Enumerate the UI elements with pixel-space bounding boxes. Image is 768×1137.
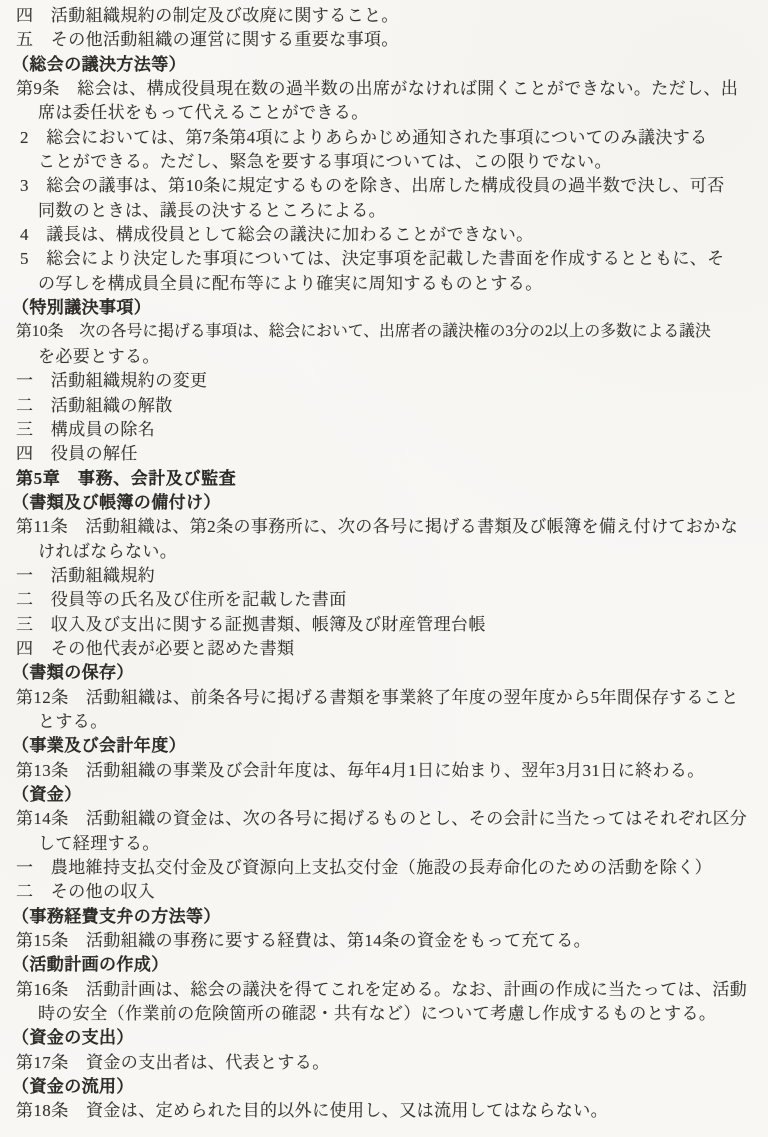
document-line: （書類の保存）	[0, 661, 768, 685]
document-line: 第12条 活動組織は、前条各号に掲げる書類を事業終了年度の翌年度から5年間保存す…	[0, 686, 768, 710]
document-line: 三 収入及び支出に関する証拠書類、帳簿及び財産管理台帳	[0, 613, 768, 637]
document-line: （資金）	[0, 783, 768, 807]
document-line: 第11条 活動組織は、第2条の事務所に、次の各号に掲げる書類及び帳簿を備え付けて…	[0, 515, 768, 539]
document-line: 一 活動組織規約の変更	[0, 369, 768, 393]
document-line: 4 議長は、構成役員として総会の議決に加わることができない。	[0, 223, 768, 247]
document-line: とする。	[0, 710, 768, 734]
document-line: 二 役員等の氏名及び住所を記載した書面	[0, 588, 768, 612]
document-line: 四 活動組織規約の制定及び改廃に関すること。	[0, 4, 768, 28]
document-line: （書類及び帳簿の備付け）	[0, 491, 768, 515]
document-line: （活動計画の作成）	[0, 953, 768, 977]
document-line: 第10条 次の各号に掲げる事項は、総会において、出席者の議決権の3分の2以上の多…	[0, 320, 768, 344]
document-line: 3 総会の議事は、第10条に規定するものを除き、出席した構成役員の過半数で決し、…	[0, 174, 768, 198]
document-line: 第17条 資金の支出者は、代表とする。	[0, 1051, 768, 1075]
document-line: の写しを構成員全員に配布等により確実に周知するものとする。	[0, 272, 768, 296]
document-line: 二 活動組織の解散	[0, 394, 768, 418]
document-line: 第13条 活動組織の事業及び会計年度は、毎年4月1日に始まり、翌年3月31日に終…	[0, 759, 768, 783]
document-line: 第9条 総会は、構成役員現在数の過半数の出席がなければ開くことができない。ただし…	[0, 77, 768, 101]
document-line: を必要とする。	[0, 345, 768, 369]
document-line: （事務経費支弁の方法等）	[0, 905, 768, 929]
document-line: （特別議決事項）	[0, 296, 768, 320]
document-line: 第14条 活動組織の資金は、次の各号に掲げるものとし、その会計に当たってはそれぞ…	[0, 807, 768, 831]
document-line: 同数のときは、議長の決するところによる。	[0, 199, 768, 223]
document-line: （事業及び会計年度）	[0, 734, 768, 758]
document-line: 一 活動組織規約	[0, 564, 768, 588]
document-body: 四 活動組織規約の制定及び改廃に関すること。五 その他活動組織の運営に関する重要…	[0, 4, 768, 1124]
document-line: （総会の議決方法等）	[0, 53, 768, 77]
document-line: ことができる。ただし、緊急を要する事項については、この限りでない。	[0, 150, 768, 174]
document-line: 五 その他活動組織の運営に関する重要な事項。	[0, 28, 768, 52]
document-line: 三 構成員の除名	[0, 418, 768, 442]
document-line: （資金の流用）	[0, 1075, 768, 1099]
document-line: 席は委任状をもって代えることができる。	[0, 101, 768, 125]
document-line: 2 総会においては、第7条第4項によりあらかじめ通知された事項についてのみ議決す…	[0, 126, 768, 150]
document-line: 5 総会により決定した事項については、決定事項を記載した書面を作成するとともに、…	[0, 247, 768, 271]
document-page: 四 活動組織規約の制定及び改廃に関すること。五 その他活動組織の運営に関する重要…	[0, 0, 768, 1137]
document-line: 第18条 資金は、定められた目的以外に使用し、又は流用してはならない。	[0, 1099, 768, 1123]
document-line: 第16条 活動計画は、総会の議決を得てこれを定める。なお、計画の作成に当たっては…	[0, 978, 768, 1002]
document-line: して経理する。	[0, 832, 768, 856]
document-line: 四 その他代表が必要と認めた書類	[0, 637, 768, 661]
document-line: 一 農地維持支払交付金及び資源向上支払交付金（施設の長寿命化のための活動を除く）	[0, 856, 768, 880]
document-line: 二 その他の収入	[0, 880, 768, 904]
document-line: 第5章 事務、会計及び監査	[0, 467, 768, 491]
document-line: 第15条 活動組織の事務に要する経費は、第14条の資金をもって充てる。	[0, 929, 768, 953]
document-line: 時の安全（作業前の危険箇所の確認・共有など）について考慮し作成するものとする。	[0, 1002, 768, 1026]
document-line: ければならない。	[0, 540, 768, 564]
document-line: 四 役員の解任	[0, 442, 768, 466]
document-line: （資金の支出）	[0, 1026, 768, 1050]
